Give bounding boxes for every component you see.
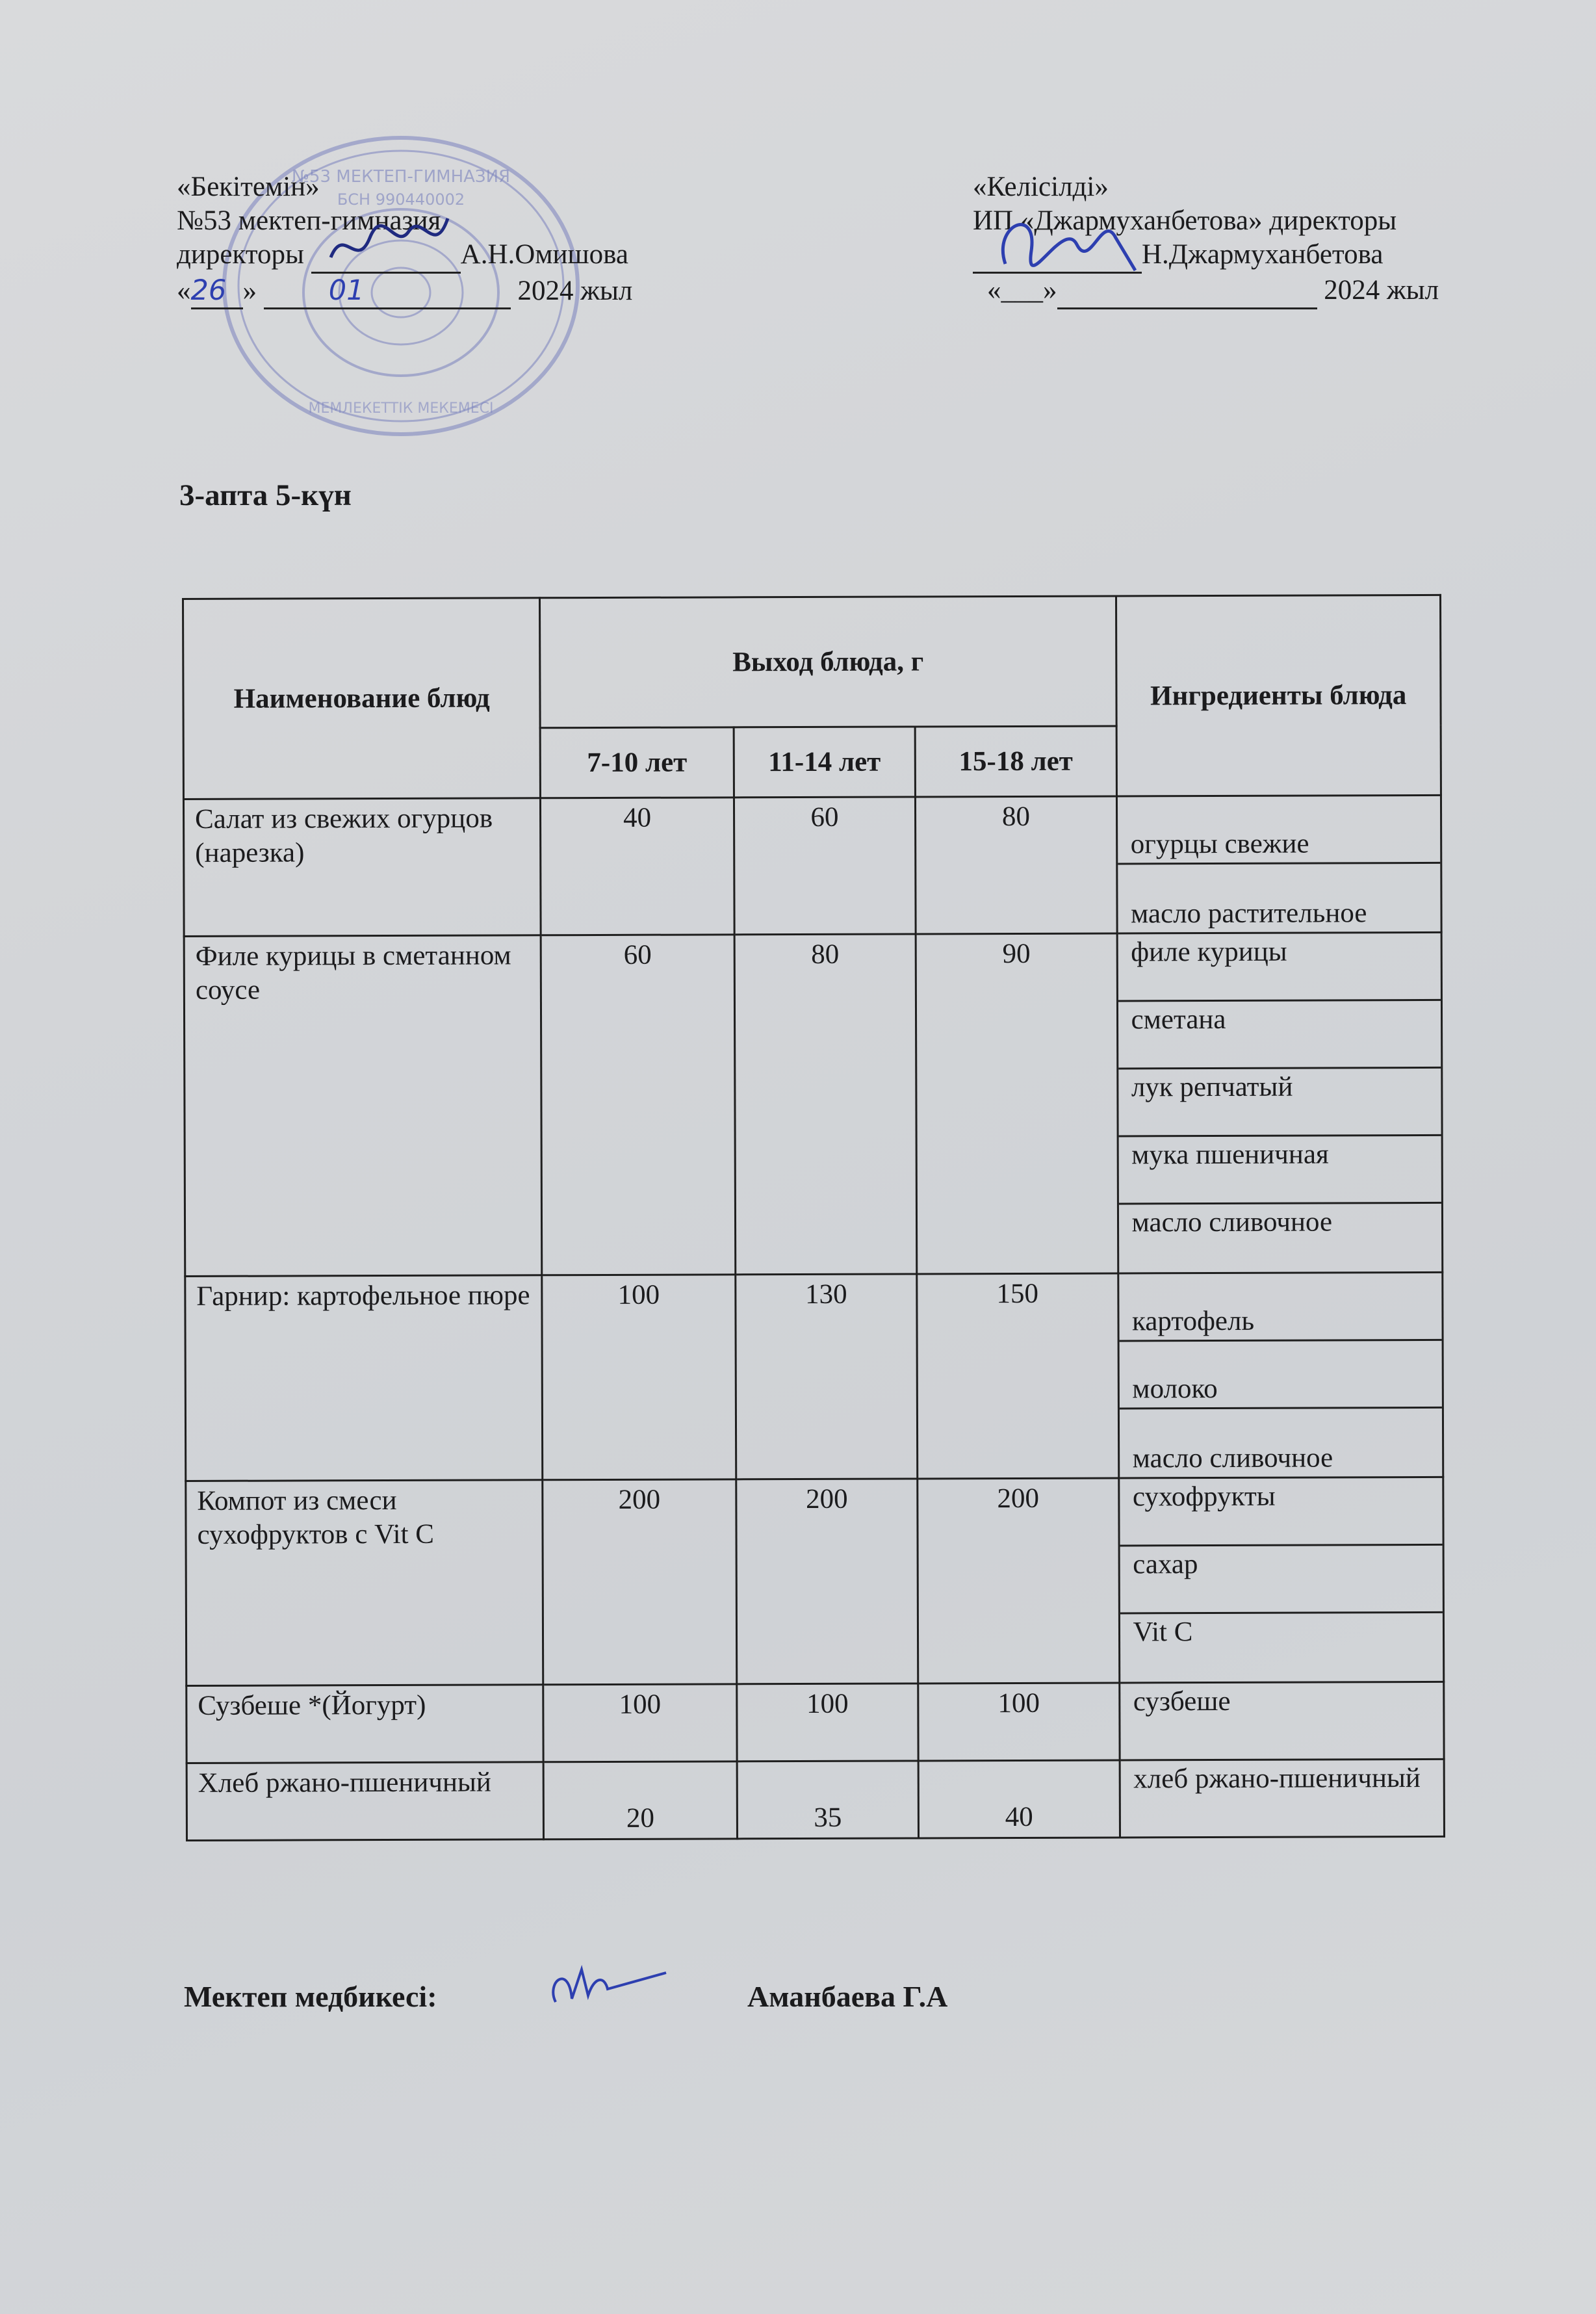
table-row: Сузбеше *(Йогурт)100100100сузбеше <box>187 1682 1444 1763</box>
ingredient-row: огурцы свежие <box>1118 796 1441 865</box>
approval-role: директоры <box>177 239 304 270</box>
yield-value: 35 <box>737 1761 919 1839</box>
signature-icon <box>543 1956 673 2008</box>
ingredients-cell: сузбеше <box>1119 1682 1444 1760</box>
ingredient-row: сметана <box>1118 1001 1441 1070</box>
ingredient-row: молоко <box>1119 1341 1442 1410</box>
dish-name: Сузбеше *(Йогурт) <box>187 1685 544 1763</box>
ingredient-item: Vit C <box>1133 1615 1192 1649</box>
ingredient-row: масло растительное <box>1118 864 1441 933</box>
svg-text:МЕМЛЕКЕТТІК МЕКЕМЕСІ: МЕМЛЕКЕТТІК МЕКЕМЕСІ <box>309 400 494 417</box>
yield-value: 20 <box>543 1761 737 1839</box>
approval-heading: «Бекітемін» <box>177 170 632 204</box>
header-age-11-14: 11-14 лет <box>734 727 916 798</box>
approval-block-right: «Келісілді» ИП «Джармуханбетова» директо… <box>973 170 1439 309</box>
menu-table: Наименование блюд Выход блюда, г Ингреди… <box>182 594 1445 1841</box>
ingredient-row: масло сливочное <box>1119 1409 1442 1477</box>
ingredient-item: сухофрукты <box>1133 1480 1276 1514</box>
ingredient-row: лук репчатый <box>1118 1069 1441 1137</box>
nurse-label: Мектеп медбикесі: <box>184 1979 437 2014</box>
agreed-year: 2024 жыл <box>1324 275 1439 305</box>
yield-value: 90 <box>916 933 1118 1274</box>
header-age-7-10: 7-10 лет <box>540 727 734 798</box>
ingredient-item: огурцы свежие <box>1131 827 1309 862</box>
ingredient-item: масло сливочное <box>1133 1441 1333 1475</box>
ingredient-row: филе курицы <box>1118 933 1441 1002</box>
ingredient-row: хлеб ржано-пшеничный <box>1120 1760 1443 1837</box>
ingredient-item: картофель <box>1132 1305 1254 1339</box>
dish-name: Филе курицы в сметанном соусе <box>184 935 542 1277</box>
table-row: Компот из смеси сухофруктов с Vit C20020… <box>186 1477 1444 1685</box>
approval-month: 01 <box>264 274 511 309</box>
signature-line <box>973 238 1142 274</box>
dish-name: Хлеб ржано-пшеничный <box>187 1762 544 1841</box>
approval-director-line: директоры А.Н.Омишова <box>177 238 632 274</box>
header-age-15-18: 15-18 лет <box>915 726 1116 797</box>
ingredient-item: лук репчатый <box>1131 1071 1293 1105</box>
ingredient-row: мука пшеничная <box>1118 1136 1441 1205</box>
yield-value: 150 <box>917 1273 1118 1479</box>
yield-value: 130 <box>735 1274 917 1479</box>
table-row: Хлеб ржано-пшеничный203540хлеб ржано-пше… <box>187 1759 1444 1840</box>
yield-value: 100 <box>542 1275 736 1480</box>
page-title: 3-апта 5-күн <box>179 478 352 513</box>
ingredient-row: сахар <box>1120 1546 1443 1615</box>
yield-value: 100 <box>736 1683 918 1761</box>
dish-name: Салат из свежих огурцов (нарезка) <box>183 798 541 937</box>
ingredients-cell: сухофруктысахарVit C <box>1118 1477 1443 1683</box>
ingredients-cell: филе курицысметаналук репчатыймука пшени… <box>1117 932 1443 1273</box>
ingredients-cell: огурцы свежиемасло растительное <box>1116 795 1441 933</box>
dish-name: Гарнир: картофельное пюре <box>185 1275 543 1481</box>
signature-line <box>311 238 461 274</box>
approval-year: 2024 жыл <box>518 276 633 306</box>
yield-value: 100 <box>543 1684 737 1762</box>
ingredient-item: сахар <box>1133 1548 1198 1581</box>
ingredient-item: сузбеше <box>1133 1685 1231 1719</box>
yield-value: 100 <box>918 1683 1120 1761</box>
nurse-name: Аманбаева Г.А <box>747 1979 947 2014</box>
approval-day: 26 <box>191 274 243 309</box>
yield-value: 40 <box>918 1760 1120 1838</box>
ingredients-cell: хлеб ржано-пшеничный <box>1120 1759 1445 1838</box>
ingredient-item: масло растительное <box>1131 896 1367 931</box>
table-row: Гарнир: картофельное пюре100130150картоф… <box>185 1272 1443 1481</box>
ingredient-item: сметана <box>1131 1003 1226 1037</box>
ingredient-item: хлеб ржано-пшеничный <box>1133 1761 1421 1796</box>
header-ingredients: Ингредиенты блюда <box>1116 595 1441 796</box>
ingredient-row: сухофрукты <box>1120 1478 1443 1547</box>
agreed-name: Н.Джармуханбетова <box>1142 239 1383 270</box>
yield-value: 40 <box>541 798 734 935</box>
ingredient-item: молоко <box>1132 1372 1217 1406</box>
ingredient-item: масло сливочное <box>1131 1205 1332 1240</box>
header-dish-name: Наименование блюд <box>183 598 541 799</box>
agreed-director-line: Н.Джармуханбетова <box>973 238 1439 274</box>
yield-value: 60 <box>734 797 916 935</box>
yield-value: 200 <box>543 1479 736 1685</box>
approval-name: А.Н.Омишова <box>461 239 628 270</box>
ingredient-row: Vit C <box>1120 1613 1443 1682</box>
approval-block-left: «Бекітемін» №53 мектеп-гимназия директор… <box>177 170 632 309</box>
ingredient-item: мука пшеничная <box>1131 1137 1329 1172</box>
ingredient-item: филе курицы <box>1131 935 1287 970</box>
yield-value: 80 <box>734 934 917 1275</box>
yield-value: 80 <box>916 796 1117 934</box>
table-row: Филе курицы в сметанном соусе608090филе … <box>184 932 1443 1276</box>
table-row: Салат из свежих огурцов (нарезка)406080о… <box>183 795 1441 936</box>
ingredients-cell: картофельмолокомасло сливочное <box>1118 1272 1443 1478</box>
ingredient-row: картофель <box>1119 1273 1442 1342</box>
approval-date-line: «26» 01 2024 жыл <box>177 274 632 309</box>
signature-icon <box>324 212 454 277</box>
ingredient-row: масло сливочное <box>1118 1204 1441 1273</box>
yield-value: 200 <box>736 1479 918 1684</box>
dish-name: Компот из смеси сухофруктов с Vit C <box>186 1480 543 1686</box>
header-yield: Выход блюда, г <box>540 596 1116 728</box>
ingredient-row: сузбеше <box>1120 1683 1443 1760</box>
signature-icon <box>986 199 1142 283</box>
yield-value: 200 <box>918 1478 1119 1683</box>
yield-value: 60 <box>541 935 735 1275</box>
